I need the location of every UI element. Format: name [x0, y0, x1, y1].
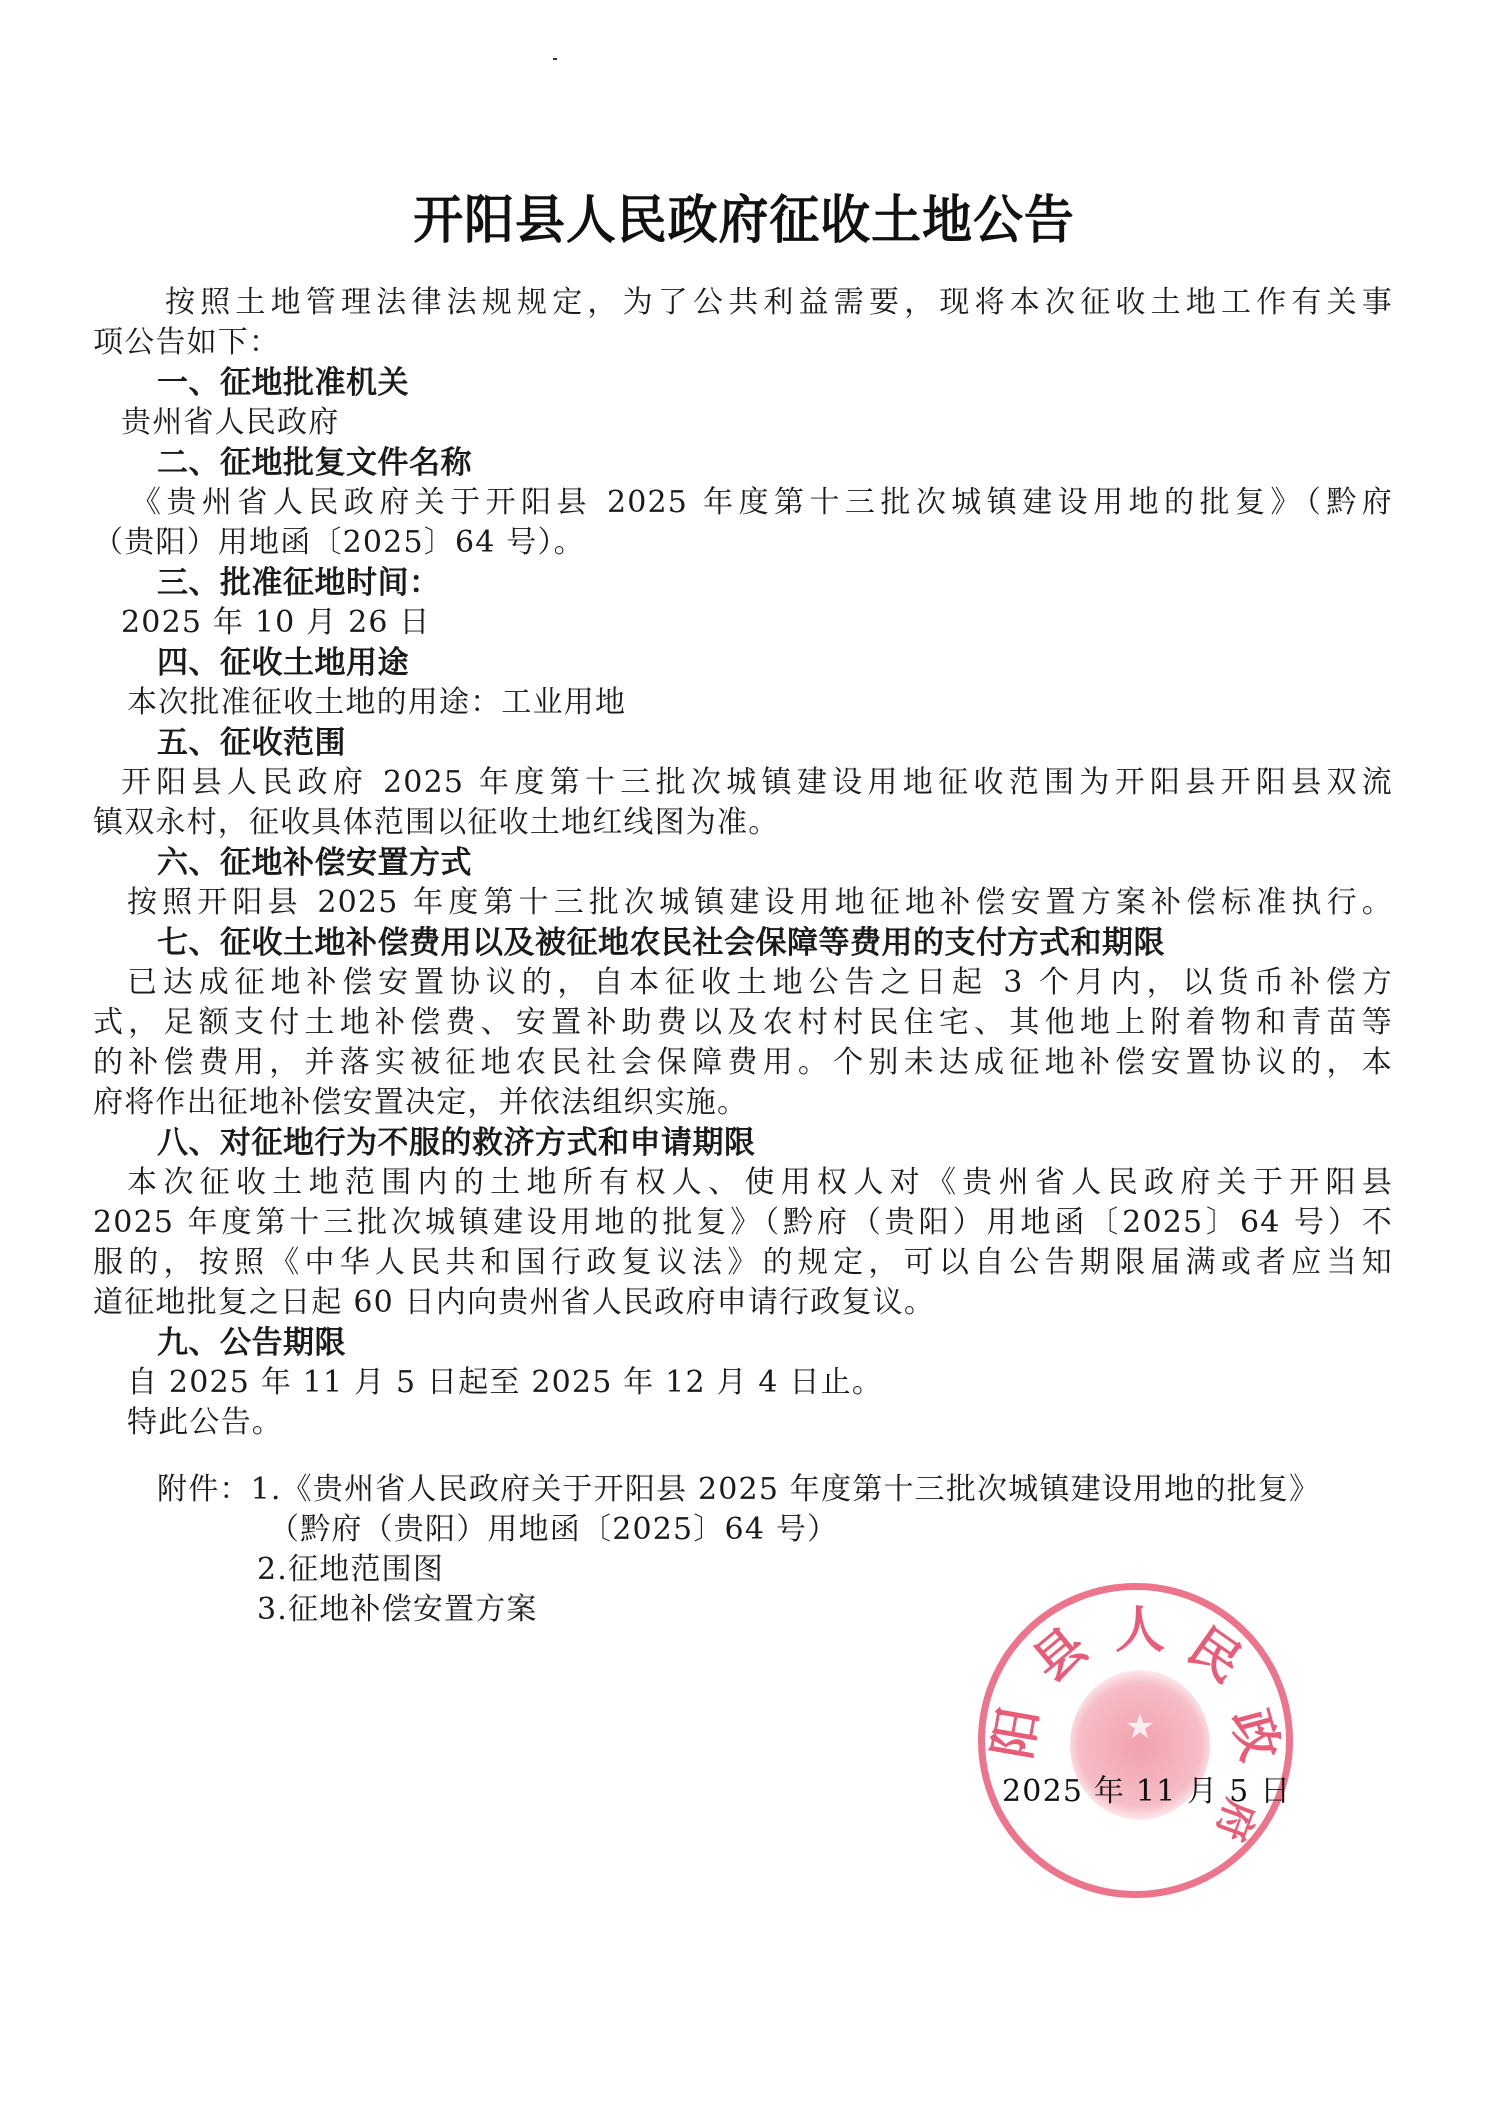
section-4-heading: 四、征收土地用途: [93, 643, 1393, 683]
document-body: 按照土地管理法律法规规定，为了公共利益需要，现将本次征收土地工作有关事 项公告如…: [93, 283, 1393, 1443]
section-2-heading: 二、征地批复文件名称: [93, 443, 1393, 483]
section-2-text-2: （贵阳）用地函〔2025〕64 号）。: [93, 523, 1393, 563]
section-7-text-2: 式，足额支付土地补偿费、安置补助费以及农村村民住宅、其他地上附着物和青苗等: [93, 1003, 1393, 1043]
attachment-1: 附件：1.《贵州省人民政府关于开阳县 2025 年度第十三批次城镇建设用地的批复…: [157, 1470, 1397, 1510]
section-7-text-4: 府将作出征地补偿安置决定，并依法组织实施。: [93, 1083, 1393, 1123]
star-icon: ★: [1125, 1710, 1155, 1744]
attachments-label: 附件：: [157, 1472, 251, 1507]
section-7-text-3: 的补偿费用，并落实被征地农民社会保障费用。个别未达成征地补偿安置协议的，本: [93, 1043, 1393, 1083]
section-3-heading: 三、批准征地时间：: [93, 563, 1393, 603]
section-8-text-4: 道征地批复之日起 60 日内向贵州省人民政府申请行政复议。: [93, 1283, 1393, 1323]
section-8-heading: 八、对征地行为不服的救济方式和申请期限: [93, 1123, 1393, 1163]
section-4-text: 本次批准征收土地的用途：工业用地: [93, 683, 1393, 723]
section-7-heading: 七、征收土地补偿费用以及被征地农民社会保障等费用的支付方式和期限: [93, 923, 1393, 963]
document-page: 开阳县人民政府征收土地公告 按照土地管理法律法规规定，为了公共利益需要，现将本次…: [0, 0, 1488, 2104]
section-8-text-1: 本次征收土地范围内的土地所有权人、使用权人对《贵州省人民政府关于开阳县: [93, 1163, 1393, 1203]
section-1-text: 贵州省人民政府: [93, 403, 1393, 443]
signature-date: 2025 年 11 月 5 日: [1002, 1772, 1291, 1812]
section-3-text: 2025 年 10 月 26 日: [93, 603, 1393, 643]
section-5-text-1: 开阳县人民政府 2025 年度第十三批次城镇建设用地征收范围为开阳县开阳县双流: [93, 763, 1393, 803]
seal-char: 人: [1115, 1605, 1165, 1655]
seal-char: 县: [1025, 1620, 1095, 1690]
scan-speck: [553, 58, 557, 60]
seal-char: 阳: [987, 1704, 1045, 1762]
attachment-1-title: 1.《贵州省人民政府关于开阳县 2025 年度第十三批次城镇建设用地的批复》: [251, 1472, 1321, 1507]
official-seal: ★ 阳 县 人 民 政 府: [978, 1583, 1293, 1898]
attachment-2: 2.征地范围图: [157, 1550, 1397, 1590]
intro-line-1: 按照土地管理法律法规规定，为了公共利益需要，现将本次征收土地工作有关事: [93, 283, 1393, 323]
section-9-heading: 九、公告期限: [93, 1323, 1393, 1363]
section-5-heading: 五、征收范围: [93, 723, 1393, 763]
seal-char: 政: [1224, 1704, 1285, 1765]
section-6-text: 按照开阳县 2025 年度第十三批次城镇建设用地征地补偿安置方案补偿标准执行。: [93, 883, 1393, 923]
section-7-text-1: 已达成征地补偿安置协议的，自本征收土地公告之日起 3 个月内，以货币补偿方: [93, 963, 1393, 1003]
document-title: 开阳县人民政府征收土地公告: [30, 178, 1458, 253]
section-8-text-3: 服的，按照《中华人民共和国行政复议法》的规定，可以自公告期限届满或者应当知: [93, 1243, 1393, 1283]
section-9-text: 自 2025 年 11 月 5 日起至 2025 年 12 月 4 日止。: [93, 1363, 1393, 1403]
section-1-heading: 一、征地批准机关: [93, 363, 1393, 403]
intro-line-2: 项公告如下：: [93, 323, 1393, 363]
section-2-text-1: 《贵州省人民政府关于开阳县 2025 年度第十三批次城镇建设用地的批复》（黔府: [93, 483, 1393, 523]
closing-text: 特此公告。: [93, 1403, 1393, 1443]
section-8-text-2: 2025 年度第十三批次城镇建设用地的批复》（黔府（贵阳）用地函〔2025〕64…: [93, 1203, 1393, 1243]
section-5-text-2: 镇双永村，征收具体范围以征收土地红线图为准。: [93, 803, 1393, 843]
section-6-heading: 六、征地补偿安置方式: [93, 843, 1393, 883]
attachment-1-doc-number: （黔府（贵阳）用地函〔2025〕64 号）: [157, 1510, 1397, 1550]
seal-char: 民: [1180, 1620, 1250, 1690]
